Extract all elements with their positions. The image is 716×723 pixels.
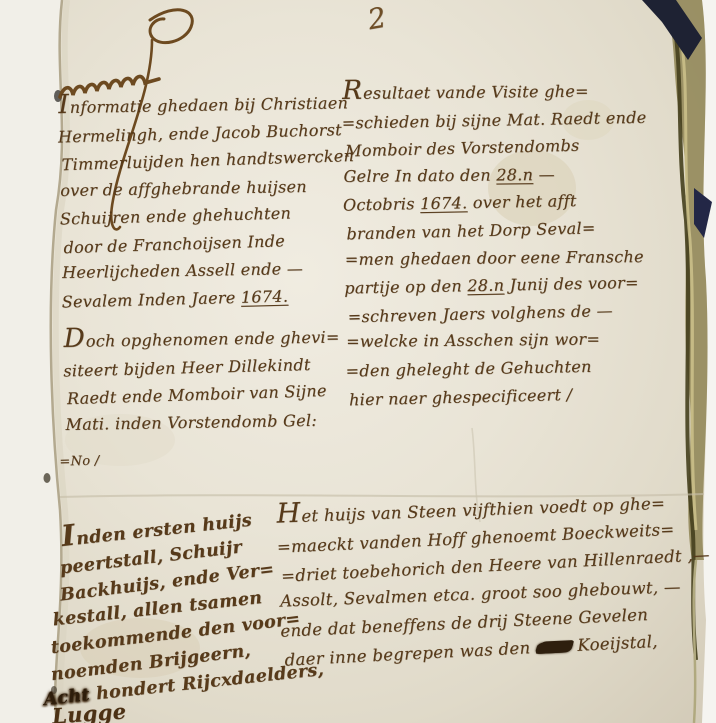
date-28: 28.n bbox=[467, 276, 504, 296]
date-28: 28.n bbox=[496, 165, 533, 184]
page-number: 2 bbox=[365, 1, 389, 37]
corner-navy-strip bbox=[642, 0, 702, 60]
marginal-note: =No / bbox=[59, 441, 366, 477]
line-text: Junij des voor= bbox=[504, 273, 639, 295]
manuscript-scan: 2 Informatie ghedaen bij Christiaen Herm… bbox=[0, 0, 716, 723]
cut-off-line: Lugge bbox=[51, 698, 127, 723]
edge-speck bbox=[44, 473, 51, 483]
line-text: — bbox=[533, 165, 555, 184]
manuscript-line: Mati. inden Vorstendomb Gel: bbox=[65, 406, 365, 438]
year-1674: 1674. bbox=[420, 194, 468, 214]
scribbled-out-word bbox=[534, 641, 573, 654]
line-text: Koeijstal, bbox=[571, 632, 658, 655]
upper-right-column: Resultaet vande Visite ghe= =schieden bi… bbox=[342, 73, 692, 413]
line-text: partije op den bbox=[344, 276, 467, 297]
year-1674: 1674. bbox=[241, 286, 289, 306]
line-text: Sevalem Inden Jaere bbox=[62, 287, 242, 311]
line-text: Gelre In dato den bbox=[343, 165, 496, 185]
upper-left-column: Informatie ghedaen bij Christiaen Hermel… bbox=[58, 85, 367, 475]
lower-right-column: Het huijs van Steen vijfthien voedt op g… bbox=[276, 484, 716, 673]
manuscript-line: Resultaet vande Visite ghe= bbox=[342, 74, 687, 108]
line-text: over het afft bbox=[467, 191, 577, 212]
navy-fragment bbox=[694, 188, 712, 238]
line-text: Octobris bbox=[343, 195, 421, 215]
